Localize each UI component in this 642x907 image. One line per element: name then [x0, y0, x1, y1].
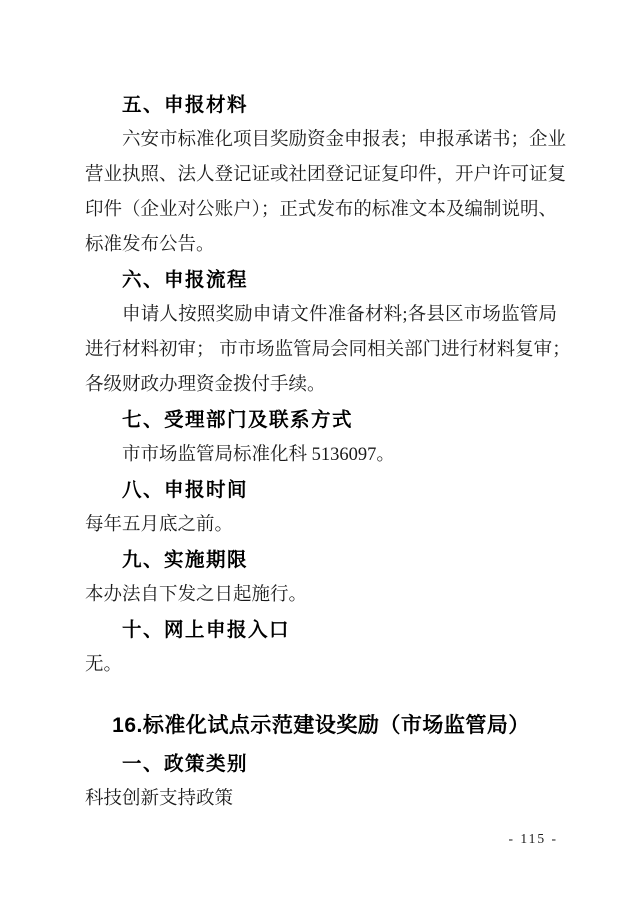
section-implementation-period: 九、实施期限 本办法自下发之日起施行。: [85, 543, 557, 613]
paragraph-line: 印件（企业对公账户）；正式发布的标准文本及编制说明、: [85, 193, 557, 228]
section-online-portal: 十、网上申报入口 无。: [85, 613, 557, 683]
section-heading: 一、政策类别: [85, 747, 557, 782]
chapter-title: 16.标准化试点示范建设奖励（市场监管局）: [85, 705, 557, 747]
section-application-time: 八、申报时间 每年五月底之前。: [85, 473, 557, 543]
paragraph-line: 各级财政办理资金拨付手续。: [85, 368, 557, 403]
section-heading: 十、网上申报入口: [85, 613, 557, 648]
paragraph-line: 本办法自下发之日起施行。: [85, 578, 557, 613]
page-number: - 115 -: [509, 831, 559, 847]
paragraph-line: 进行材料初审； 市市场监管局会同相关部门进行材料复审；: [85, 333, 557, 368]
section-application-materials: 五、申报材料 六安市标准化项目奖励资金申报表；申报承诺书；企业 营业执照、法人登…: [85, 88, 557, 263]
section-policy-category: 一、政策类别 科技创新支持政策: [85, 747, 557, 817]
section-heading: 九、实施期限: [85, 543, 557, 578]
section-heading: 五、申报材料: [85, 88, 557, 123]
paragraph-line: 每年五月底之前。: [85, 508, 557, 543]
paragraph-line: 标准发布公告。: [85, 228, 557, 263]
paragraph-line: 营业执照、法人登记证或社团登记证复印件，开户许可证复: [85, 158, 557, 193]
paragraph-line: 无。: [85, 648, 557, 683]
section-application-process: 六、申报流程 申请人按照奖励申请文件准备材料;各县区市场监管局 进行材料初审； …: [85, 263, 557, 403]
paragraph-line: 申请人按照奖励申请文件准备材料;各县区市场监管局: [85, 298, 557, 333]
section-contact-department: 七、受理部门及联系方式 市市场监管局标准化科 5136097。: [85, 403, 557, 473]
document-content: 五、申报材料 六安市标准化项目奖励资金申报表；申报承诺书；企业 营业执照、法人登…: [85, 88, 557, 817]
section-heading: 七、受理部门及联系方式: [85, 403, 557, 438]
paragraph-line: 科技创新支持政策: [85, 782, 557, 817]
paragraph-line: 市市场监管局标准化科 5136097。: [85, 438, 557, 473]
paragraph-line: 六安市标准化项目奖励资金申报表；申报承诺书；企业: [85, 123, 557, 158]
document-page: 五、申报材料 六安市标准化项目奖励资金申报表；申报承诺书；企业 营业执照、法人登…: [0, 0, 642, 907]
section-heading: 八、申报时间: [85, 473, 557, 508]
section-heading: 六、申报流程: [85, 263, 557, 298]
